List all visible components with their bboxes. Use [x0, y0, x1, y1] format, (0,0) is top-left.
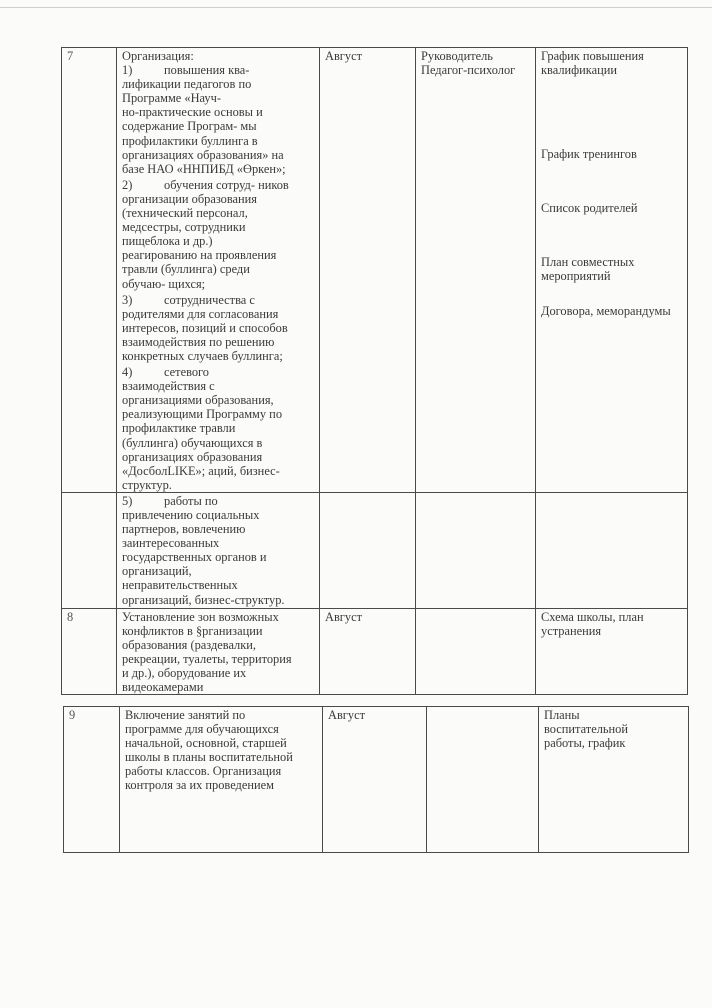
documents-cell: Схема школы, планустранения [536, 608, 688, 695]
text-line: контроля за их проведением [125, 778, 318, 792]
document-line: мероприятий [541, 269, 683, 283]
text-line: начальной, основной, старшей [125, 736, 318, 750]
text-line: Включение занятий по [125, 708, 318, 722]
documents-cell [536, 492, 688, 608]
document-line: Список родителей [541, 201, 683, 215]
item-number: 4) [122, 365, 164, 379]
text-line: структур. [122, 478, 315, 492]
table-row-7: 7 Организация: 1)повышения ква-лификации… [62, 48, 688, 493]
text-line: содержание Програм- мы [122, 119, 315, 133]
text-line: (технический персонал, [122, 206, 315, 220]
text-line: Планы [544, 708, 684, 722]
text-line: реагированию на проявления [122, 248, 315, 262]
text-line: пищеблока и др.) [122, 234, 315, 248]
responsible-cell [416, 492, 536, 608]
activity-cell: Установление зон возможныхконфликтов в §… [117, 608, 320, 695]
text-line: Программе «Науч- [122, 91, 315, 105]
text-line: лификации педагогов по [122, 77, 315, 91]
document-line: График тренингов [541, 147, 683, 161]
text-line: травли (буллинга) среди [122, 262, 315, 276]
text-line: базе НАО «ННПИБД «Өркен»; [122, 162, 315, 176]
text-line: неправительственных [122, 578, 315, 592]
text-line: Установление зон возможных [122, 610, 315, 624]
row-number: 8 [67, 610, 73, 624]
row-number: 9 [69, 708, 75, 722]
text-line: медсестры, сотрудники [122, 220, 315, 234]
item-text: повышения ква- [164, 63, 249, 77]
text-line: конфликтов в §рганизации [122, 624, 315, 638]
activity-cell: Организация: 1)повышения ква-лификации п… [117, 48, 320, 493]
document-line: График повышения [541, 49, 683, 63]
text-line: организации образования [122, 192, 315, 206]
text-line: работы, график [544, 736, 684, 750]
text-line: и др.), оборудование их [122, 666, 315, 680]
activity-cell: Включение занятий попрограмме для обучаю… [120, 707, 323, 853]
text-line: образования (раздевалки, [122, 638, 315, 652]
item-number: 5) [122, 494, 164, 508]
row-number-cell: 7 [62, 48, 117, 493]
row-number-cell: 9 [64, 707, 120, 853]
text-line: «ДосболLIKE»; аций, бизнес- [122, 464, 315, 478]
activity-cell: 5)работы попривлечению социальныхпартнер… [117, 492, 320, 608]
responsible-cell [427, 707, 539, 853]
plan-table-lower: 9 Включение занятий попрограмме для обуч… [63, 706, 689, 853]
item-number: 2) [122, 178, 164, 192]
numbered-item: 1)повышения ква- [122, 63, 315, 77]
term-text: Август [328, 708, 365, 722]
text-line: рекреации, туалеты, территория [122, 652, 315, 666]
term-cell: Август [323, 707, 427, 853]
text-line: конкретных случаев буллинга; [122, 349, 315, 363]
text-line: организациях образования [122, 450, 315, 464]
text-line: организаций, бизнес-структур. [122, 593, 315, 607]
row-number-cell: 8 [62, 608, 117, 695]
text-line: (буллинга) обучающихся в [122, 436, 315, 450]
responsible-cell: Руководитель Педагог-психолог [416, 48, 536, 493]
term-cell [320, 492, 416, 608]
numbered-item: 3)сотрудничества с [122, 293, 315, 307]
text-line: родителями для согласования [122, 307, 315, 321]
text-line: устранения [541, 624, 683, 638]
numbered-item: 5)работы по [122, 494, 315, 508]
table-row-8: 8 Установление зон возможныхконфликтов в… [62, 608, 688, 695]
responsible-line: Педагог-психолог [421, 63, 531, 77]
text-line: профилактики буллинга в [122, 134, 315, 148]
item-number: 1) [122, 63, 164, 77]
text-line: взаимодействия по решению [122, 335, 315, 349]
text-line: видеокамерами [122, 680, 315, 694]
item-number: 3) [122, 293, 164, 307]
text-line: программе для обучающихся [125, 722, 318, 736]
text-line: реализующими Программу по [122, 407, 315, 421]
numbered-item: 4)сетевого [122, 365, 315, 379]
document-line: План совместных [541, 255, 683, 269]
term-text: Август [325, 610, 362, 624]
text-line: школы в планы воспитательной [125, 750, 318, 764]
item-text: сетевого [164, 365, 209, 379]
row-number: 7 [67, 49, 73, 63]
table-row-7-continued: 5)работы попривлечению социальныхпартнер… [62, 492, 688, 608]
item-text: сотрудничества с [164, 293, 255, 307]
table-row-9: 9 Включение занятий попрограмме для обуч… [64, 707, 689, 853]
row-number-cell [62, 492, 117, 608]
activity-intro: Организация: [122, 49, 315, 63]
text-line: партнеров, вовлечению [122, 522, 315, 536]
text-line: интересов, позиций и способов [122, 321, 315, 335]
term-cell: Август [320, 608, 416, 695]
text-line: профилактике травли [122, 421, 315, 435]
item-text: работы по [164, 494, 218, 508]
responsible-line: Руководитель [421, 49, 531, 63]
text-line: организациями образования, [122, 393, 315, 407]
text-line: работы классов. Организация [125, 764, 318, 778]
text-line: заинтересованных [122, 536, 315, 550]
item-text: обучения сотруд- ников [164, 178, 289, 192]
text-line: организациях образования» на [122, 148, 315, 162]
responsible-cell [416, 608, 536, 695]
text-line: государственных органов и [122, 550, 315, 564]
documents-cell: Планывоспитательнойработы, график [539, 707, 689, 853]
text-line: взаимодействия с [122, 379, 315, 393]
numbered-item: 2)обучения сотруд- ников [122, 178, 315, 192]
text-line: организаций, [122, 564, 315, 578]
page-top-rule [0, 7, 712, 8]
documents-cell: График повышения квалификации График тре… [536, 48, 688, 493]
document-line: Договора, меморандумы [541, 304, 683, 318]
text-line: привлечению социальных [122, 508, 315, 522]
term-text: Август [325, 49, 362, 63]
term-cell: Август [320, 48, 416, 493]
text-line: воспитательной [544, 722, 684, 736]
text-line: обучаю- щихся; [122, 277, 315, 291]
text-line: Схема школы, план [541, 610, 683, 624]
document-line: квалификации [541, 63, 683, 77]
text-line: но-практические основы и [122, 105, 315, 119]
plan-table-upper: 7 Организация: 1)повышения ква-лификации… [61, 47, 688, 695]
